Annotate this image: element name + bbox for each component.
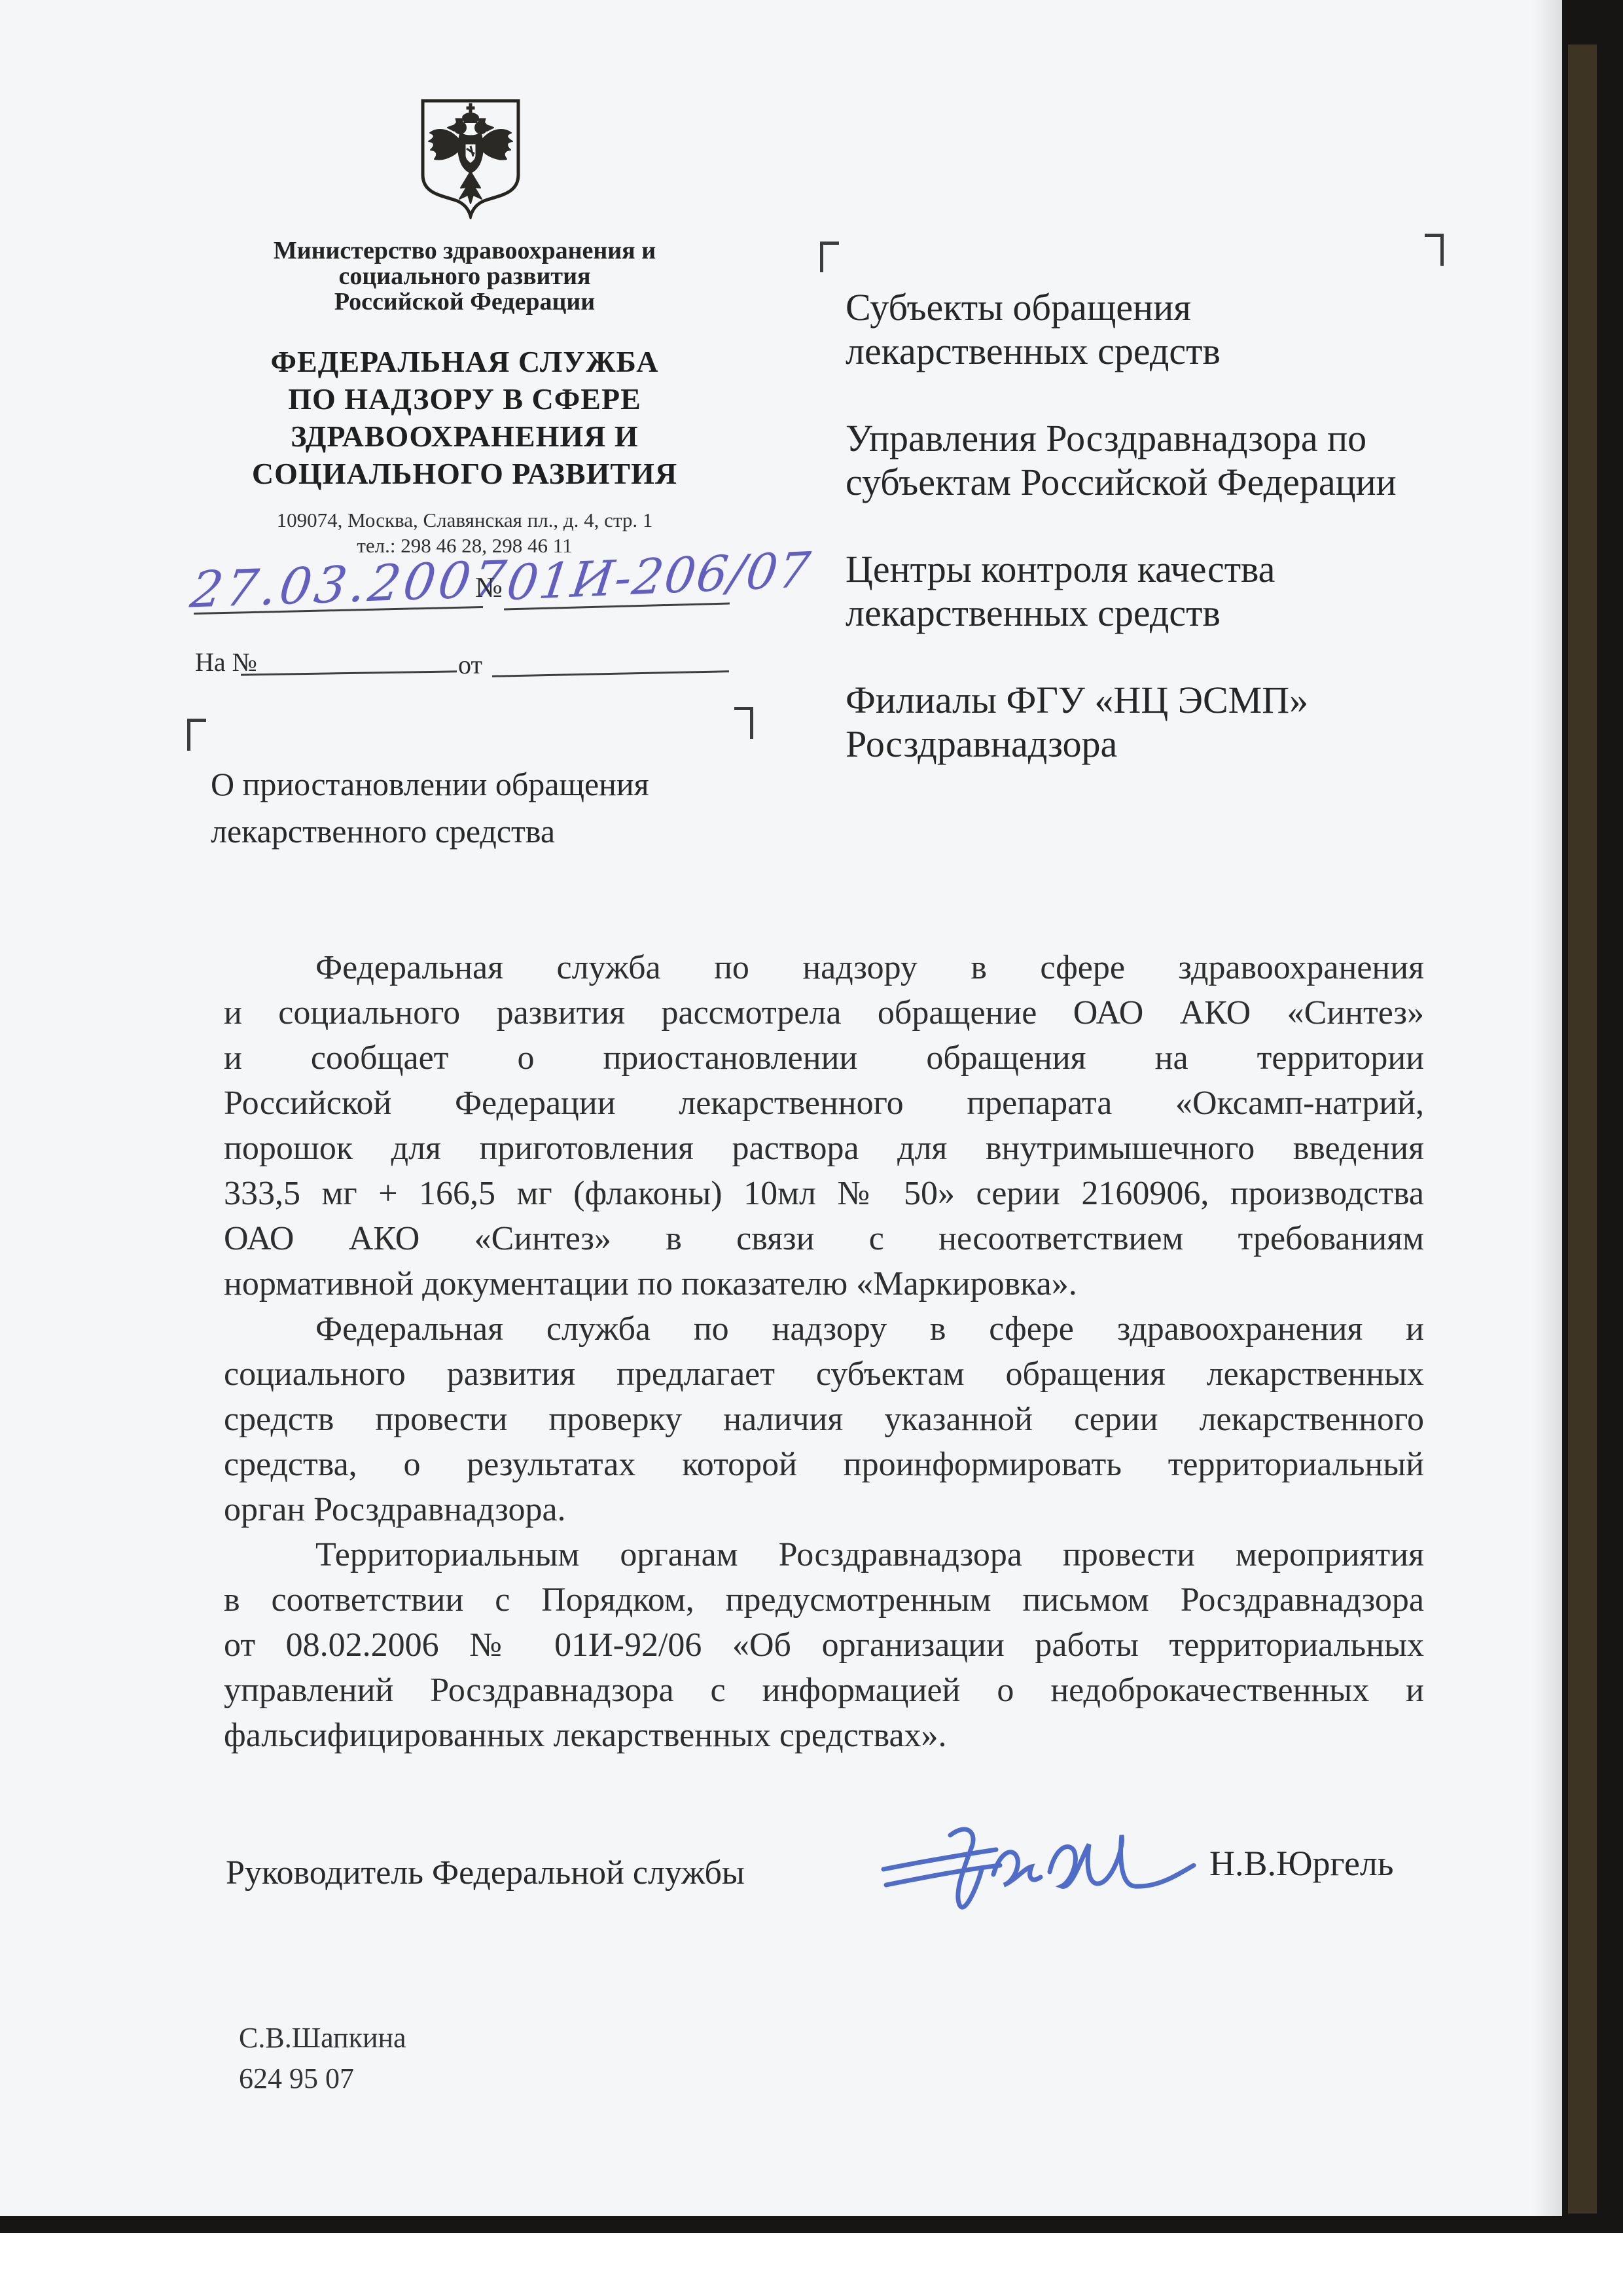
service-line: СОЦИАЛЬНОГО РАЗВИТИЯ: [164, 455, 766, 492]
body-line: в соответствии с Порядком, предусмотренн…: [224, 1577, 1424, 1623]
body-line: и социального развития рассмотрела обращ…: [224, 990, 1424, 1035]
body-line: 333,5 мг + 166,5 мг (флаконы) 10мл № 50»…: [224, 1171, 1424, 1216]
body-line: нормативной документации по показателю «…: [224, 1261, 1424, 1306]
service-line: ПО НАДЗОРУ В СФЕРЕ: [164, 380, 766, 418]
corner-mark-open-icon: [187, 719, 206, 751]
scan-border-right: [1562, 0, 1623, 2233]
corner-mark-close-icon: [734, 707, 753, 739]
signee-name: Н.В.Юргель: [1209, 1843, 1394, 1884]
executor-name: С.В.Шапкина: [239, 2021, 406, 2054]
subject-line: лекарственного средства: [211, 808, 800, 855]
signature-title: Руководитель Федеральной службы: [226, 1854, 745, 1892]
body-line: Федеральная служба по надзору в сфере зд…: [224, 1306, 1424, 1352]
recipient-block: Филиалы ФГУ «НЦ ЭСМП» Росздравнадзора: [846, 678, 1500, 766]
body-line: социального развития предлагает субъекта…: [224, 1352, 1424, 1397]
ministry-line: Министерство здравоохранения и: [164, 238, 766, 264]
recipient-block: Центры контроля качества лекарственных с…: [846, 547, 1500, 635]
recipient-line: лекарственных средств: [846, 591, 1500, 635]
ministry-name: Министерство здравоохранения и социально…: [164, 238, 766, 315]
subject-line: О приостановлении обращения: [211, 761, 800, 808]
coat-of-arms-icon: [419, 98, 522, 219]
body-line: ОАО АКО «Синтез» в связи с несоответстви…: [224, 1216, 1424, 1261]
ministry-line: Российской Федерации: [164, 289, 766, 315]
recipient-line: Филиалы ФГУ «НЦ ЭСМП»: [846, 678, 1500, 722]
recipient-block: Субъекты обращения лекарственных средств: [846, 285, 1500, 373]
body-line: и сообщает о приостановлении обращения н…: [224, 1035, 1424, 1081]
address-line: 109074, Москва, Славянская пл., д. 4, ст…: [164, 509, 766, 532]
recipient-line: Центры контроля качества: [846, 547, 1500, 591]
recipient-line: Росздравнадзора: [846, 722, 1500, 766]
body-line: орган Росздравнадзора.: [224, 1487, 1424, 1532]
body-line: фальсифицированных лекарственных средств…: [224, 1713, 1424, 1758]
body-line: средства, о результатах которой проинфор…: [224, 1442, 1424, 1487]
recipient-line: Управления Росздравнадзора по: [846, 416, 1500, 460]
recipient-line: Субъекты обращения: [846, 285, 1500, 329]
service-line: ЗДРАВООХРАНЕНИЯ И: [164, 418, 766, 455]
corner-mark-close-icon: [1425, 234, 1444, 266]
signature-scribble-icon: [877, 1804, 1204, 1935]
reply-number-underline: [241, 670, 457, 675]
service-line: ФЕДЕРАЛЬНАЯ СЛУЖБА: [164, 343, 766, 380]
ministry-line: социального развития: [164, 264, 766, 289]
body-line: средств провести проверку наличия указан…: [224, 1397, 1424, 1442]
scan-border-bottom: [0, 2216, 1616, 2233]
body-line: от 08.02.2006 № 01И-92/06 «Об организаци…: [224, 1623, 1424, 1668]
reply-date-underline: [492, 670, 729, 677]
body-text: Федеральная служба по надзору в сфере зд…: [224, 945, 1424, 1758]
reply-to-number-label: На №: [195, 647, 257, 677]
body-line: Территориальным органам Росздравнадзора …: [224, 1532, 1424, 1577]
recipient-block: Управления Росздравнадзора по субъектам …: [846, 416, 1500, 504]
scan-border-accent: [1568, 45, 1597, 2214]
federal-service-name: ФЕДЕРАЛЬНАЯ СЛУЖБА ПО НАДЗОРУ В СФЕРЕ ЗД…: [164, 343, 766, 492]
recipient-line: лекарственных средств: [846, 329, 1500, 373]
scanned-letter-page: Министерство здравоохранения и социально…: [0, 0, 1623, 2296]
reply-from-label: от: [458, 649, 482, 680]
subject-block: О приостановлении обращения лекарственно…: [211, 761, 800, 855]
executor-phone: 624 95 07: [239, 2062, 354, 2095]
body-line: порошок для приготовления раствора для в…: [224, 1126, 1424, 1171]
body-line: управлений Росздравнадзора с информацией…: [224, 1668, 1424, 1713]
body-line: Российской Федерации лекарственного преп…: [224, 1081, 1424, 1126]
recipient-line: субъектам Российской Федерации: [846, 460, 1500, 504]
recipients-list: Субъекты обращения лекарственных средств…: [846, 285, 1500, 809]
body-line: Федеральная служба по надзору в сфере зд…: [224, 945, 1424, 990]
number-sign-label: №: [475, 571, 503, 604]
paper: Министерство здравоохранения и социально…: [0, 0, 1562, 2217]
corner-mark-open-icon: [820, 242, 839, 272]
